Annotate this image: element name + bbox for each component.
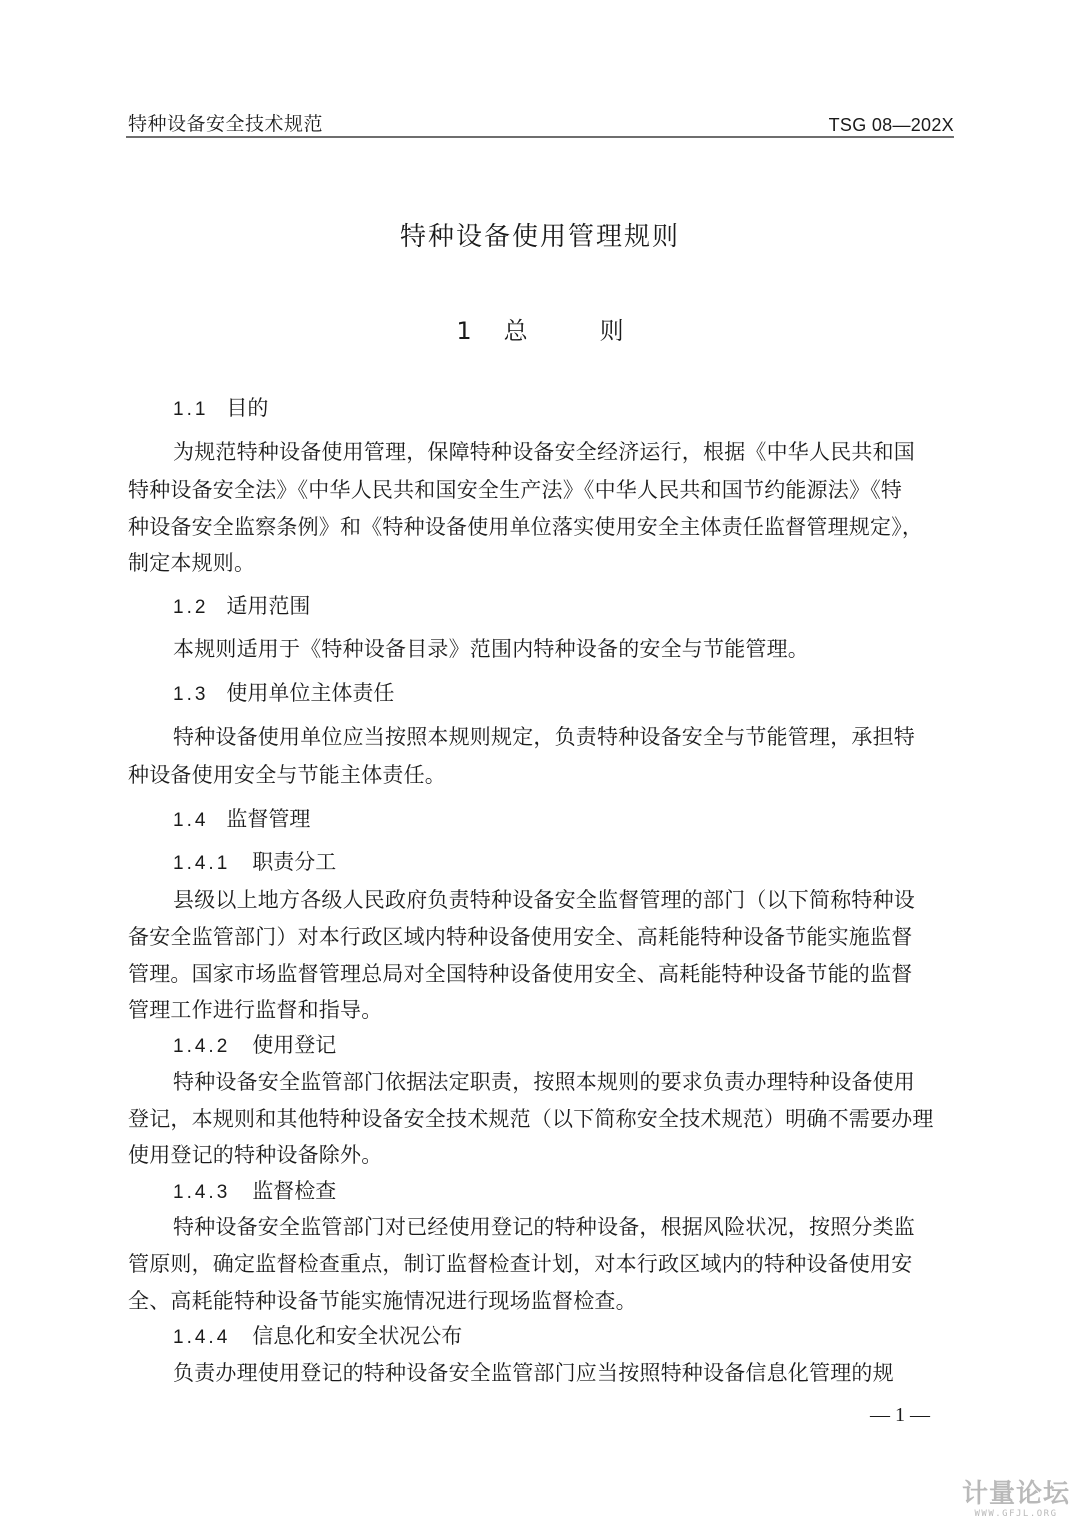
chapter-heading: 1总 则 — [0, 311, 1080, 346]
section-heading-1-2: 1.2适用范围 — [173, 591, 310, 621]
section-heading-1-4-4: 1.4.4信息化和安全状况公布 — [173, 1321, 462, 1351]
running-header: 特种设备安全技术规范 TSG 08—202X — [128, 106, 954, 136]
section-title: 信息化和安全状况公布 — [252, 1324, 462, 1348]
paragraph-line: 全、高耗能特种设备节能实施情况进行现场监督检查。 — [128, 1286, 958, 1316]
section-title: 适用范围 — [226, 594, 310, 618]
paragraph-line: 管理。国家市场监督管理总局对全国特种设备使用安全、高耗能特种设备节能的监督 — [128, 959, 958, 989]
header-standard-code: TSG 08—202X — [829, 115, 954, 136]
section-title: 使用单位主体责任 — [226, 681, 394, 705]
paragraph-line: 特种设备安全监管部门依据法定职责，按照本规则的要求负责办理特种设备使用 — [173, 1067, 1003, 1097]
site-watermark: 计量论坛 WWW.GFJL.ORG — [956, 1480, 1076, 1520]
header-series-title: 特种设备安全技术规范 — [128, 109, 323, 136]
paragraph-line: 负责办理使用登记的特种设备安全监管部门应当按照特种设备信息化管理的规 — [173, 1358, 1003, 1388]
paragraph-line: 种设备安全监察条例》和《特种设备使用单位落实使用安全主体责任监督管理规定》， — [128, 512, 958, 542]
paragraph-line: 特种设备使用单位应当按照本规则规定，负责特种设备安全与节能管理，承担特 — [173, 722, 1003, 752]
section-number: 1.2 — [173, 593, 208, 623]
document-title: 特种设备使用管理规则 — [0, 216, 1080, 253]
watermark-name: 计量论坛 — [956, 1480, 1076, 1508]
section-number: 1.4.2 — [173, 1032, 230, 1062]
section-title: 职责分工 — [252, 850, 336, 874]
paragraph-line: 特种设备安全监管部门对已经使用登记的特种设备，根据风险状况，按照分类监 — [173, 1212, 1003, 1242]
paragraph-line: 管理工作进行监督和指导。 — [128, 995, 958, 1025]
section-number: 1.4.3 — [173, 1178, 230, 1208]
paragraph-line: 为规范特种设备使用管理，保障特种设备安全经济运行，根据《中华人民共和国 — [173, 437, 1003, 467]
header-divider — [126, 136, 954, 138]
paragraph-line: 管原则，确定监督检查重点，制订监督检查计划，对本行政区域内的特种设备使用安 — [128, 1249, 958, 1279]
chapter-number: 1 — [456, 317, 471, 345]
section-heading-1-3: 1.3使用单位主体责任 — [173, 678, 394, 708]
paragraph-line: 本规则适用于《特种设备目录》范围内特种设备的安全与节能管理。 — [173, 634, 1003, 664]
paragraph-line: 种设备使用安全与节能主体责任。 — [128, 760, 958, 790]
watermark-url: WWW.GFJL.ORG — [956, 1508, 1076, 1520]
chapter-title: 总 则 — [504, 317, 624, 345]
section-number: 1.4.4 — [173, 1323, 230, 1353]
paragraph-line: 登记，本规则和其他特种设备安全技术规范（以下简称安全技术规范）明确不需要办理 — [128, 1104, 958, 1134]
page-number: — 1 — — [870, 1404, 930, 1427]
section-number: 1.4.1 — [173, 849, 230, 879]
section-number: 1.1 — [173, 395, 208, 425]
section-heading-1-4-3: 1.4.3监督检查 — [173, 1176, 336, 1206]
section-heading-1-4-1: 1.4.1职责分工 — [173, 847, 336, 877]
section-number: 1.3 — [173, 680, 208, 710]
section-heading-1-1: 1.1目的 — [173, 393, 268, 423]
section-title: 使用登记 — [252, 1033, 336, 1057]
document-page: 特种设备安全技术规范 TSG 08—202X 特种设备使用管理规则 1总 则 1… — [0, 0, 1080, 1527]
paragraph-line: 县级以上地方各级人民政府负责特种设备安全监督管理的部门（以下简称特种设 — [173, 885, 1003, 915]
paragraph-line: 使用登记的特种设备除外。 — [128, 1140, 958, 1170]
paragraph-line: 备安全监管部门）对本行政区域内特种设备使用安全、高耗能特种设备节能实施监督 — [128, 922, 958, 952]
section-title: 目的 — [226, 396, 268, 420]
section-heading-1-4: 1.4监督管理 — [173, 804, 310, 834]
section-heading-1-4-2: 1.4.2使用登记 — [173, 1030, 336, 1060]
section-number: 1.4 — [173, 806, 208, 836]
section-title: 监督检查 — [252, 1179, 336, 1203]
paragraph-line: 制定本规则。 — [128, 548, 958, 578]
paragraph-line: 特种设备安全法》《中华人民共和国安全生产法》《中华人民共和国节约能源法》《特 — [128, 475, 958, 505]
section-title: 监督管理 — [226, 807, 310, 831]
